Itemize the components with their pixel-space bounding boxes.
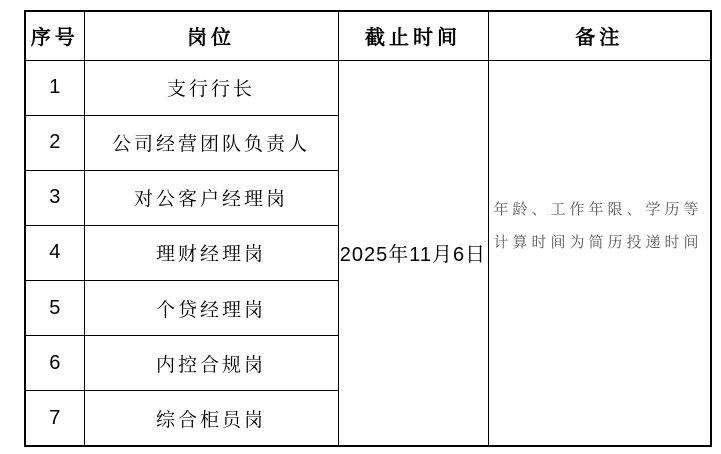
seq-cell: 3 <box>25 170 84 225</box>
seq-cell: 6 <box>25 336 84 391</box>
position-cell: 理财经理岗 <box>84 225 338 280</box>
header-cell-remark: 备注 <box>488 11 711 60</box>
header-cell-deadline: 截止时间 <box>338 11 488 60</box>
seq-cell: 4 <box>25 225 84 280</box>
header-row: 序号 岗位 截止时间 备注 <box>25 11 711 60</box>
position-cell: 内控合规岗 <box>84 336 338 391</box>
position-cell: 支行行长 <box>84 60 338 115</box>
seq-cell: 1 <box>25 60 84 115</box>
deadline-cell: 2025年11月6日 <box>338 60 488 446</box>
remark-line-1: 年龄、工作年限、学历等 <box>494 193 707 226</box>
position-cell: 对公客户经理岗 <box>84 170 338 225</box>
table-row: 1 支行行长 2025年11月6日 年龄、工作年限、学历等 计算时间为简历投递时… <box>25 60 711 115</box>
position-cell: 个贷经理岗 <box>84 281 338 336</box>
seq-cell: 2 <box>25 115 84 170</box>
remark-line-2: 计算时间为简历投递时间 <box>494 226 707 259</box>
seq-cell: 7 <box>25 391 84 446</box>
page: 序号 岗位 截止时间 备注 1 支行行长 2025年11月6日 年龄、工作年限、… <box>0 0 721 454</box>
header-cell-position: 岗位 <box>84 11 338 60</box>
position-cell: 综合柜员岗 <box>84 391 338 446</box>
position-cell: 公司经营团队负责人 <box>84 115 338 170</box>
remark-cell: 年龄、工作年限、学历等 计算时间为简历投递时间 <box>488 60 711 446</box>
recruitment-table: 序号 岗位 截止时间 备注 1 支行行长 2025年11月6日 年龄、工作年限、… <box>24 10 712 447</box>
seq-cell: 5 <box>25 281 84 336</box>
header-cell-seq: 序号 <box>25 11 84 60</box>
